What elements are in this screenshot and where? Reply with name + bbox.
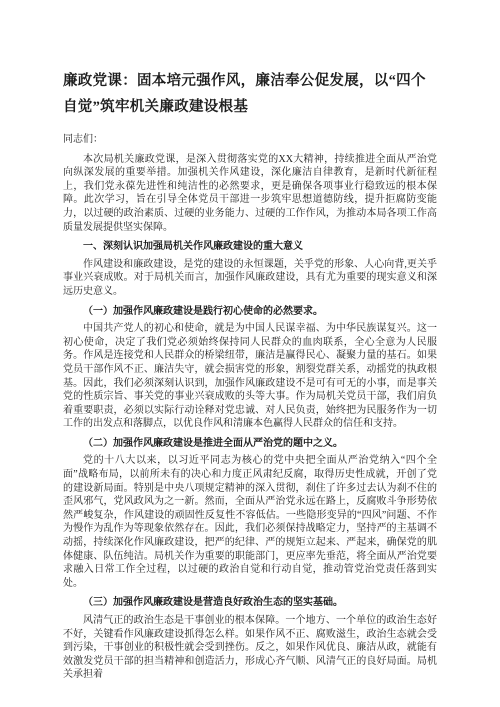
salutation: 同志们：: [63, 133, 437, 147]
subsection-heading: （一）加强作风廉政建设是践行初心使命的必然要求。: [63, 305, 437, 319]
paragraph: 本次局机关廉政党课，是深入贯彻落实党的XX大精神，持续推进全面从严治党向纵深发展…: [63, 153, 437, 235]
section-heading: 一、深刻认识加强局机关作风廉政建设的重大意义: [63, 240, 437, 254]
paragraph: 中国共产党人的初心和使命，就是为中国人民谋幸福、为中华民族谋复兴。这一初心使命，…: [63, 322, 437, 431]
document-page: 廉政党课：固本培元强作风，廉洁奉公促发展，以“四个自觉”筑牢机关廉政建设根基 同…: [0, 0, 500, 707]
subsection-heading: （二）加强作风廉政建设是推进全面从严治党的题中之义。: [63, 437, 437, 451]
paragraph: 党的十八大以来，以习近平同志为核心的党中央把全面从严治党纳入“四个全面”战略布局…: [63, 454, 437, 590]
paragraph: 风清气正的政治生态是干事创业的根本保障。一个地方、一个单位的政治生态好不好，关键…: [63, 614, 437, 682]
paragraph: 作风建设和廉政建设，是党的建设的永恒课题，关乎党的形象、人心向背,更关乎事业兴衰…: [63, 258, 437, 299]
document-title: 廉政党课：固本培元强作风，廉洁奉公促发展，以“四个自觉”筑牢机关廉政建设根基: [63, 68, 437, 120]
subsection-heading: （三）加强作风廉政建设是营造良好政治生态的坚实基础。: [63, 596, 437, 610]
document-body: 本次局机关廉政党课，是深入贯彻落实党的XX大精神，持续推进全面从严治党向纵深发展…: [63, 153, 437, 682]
